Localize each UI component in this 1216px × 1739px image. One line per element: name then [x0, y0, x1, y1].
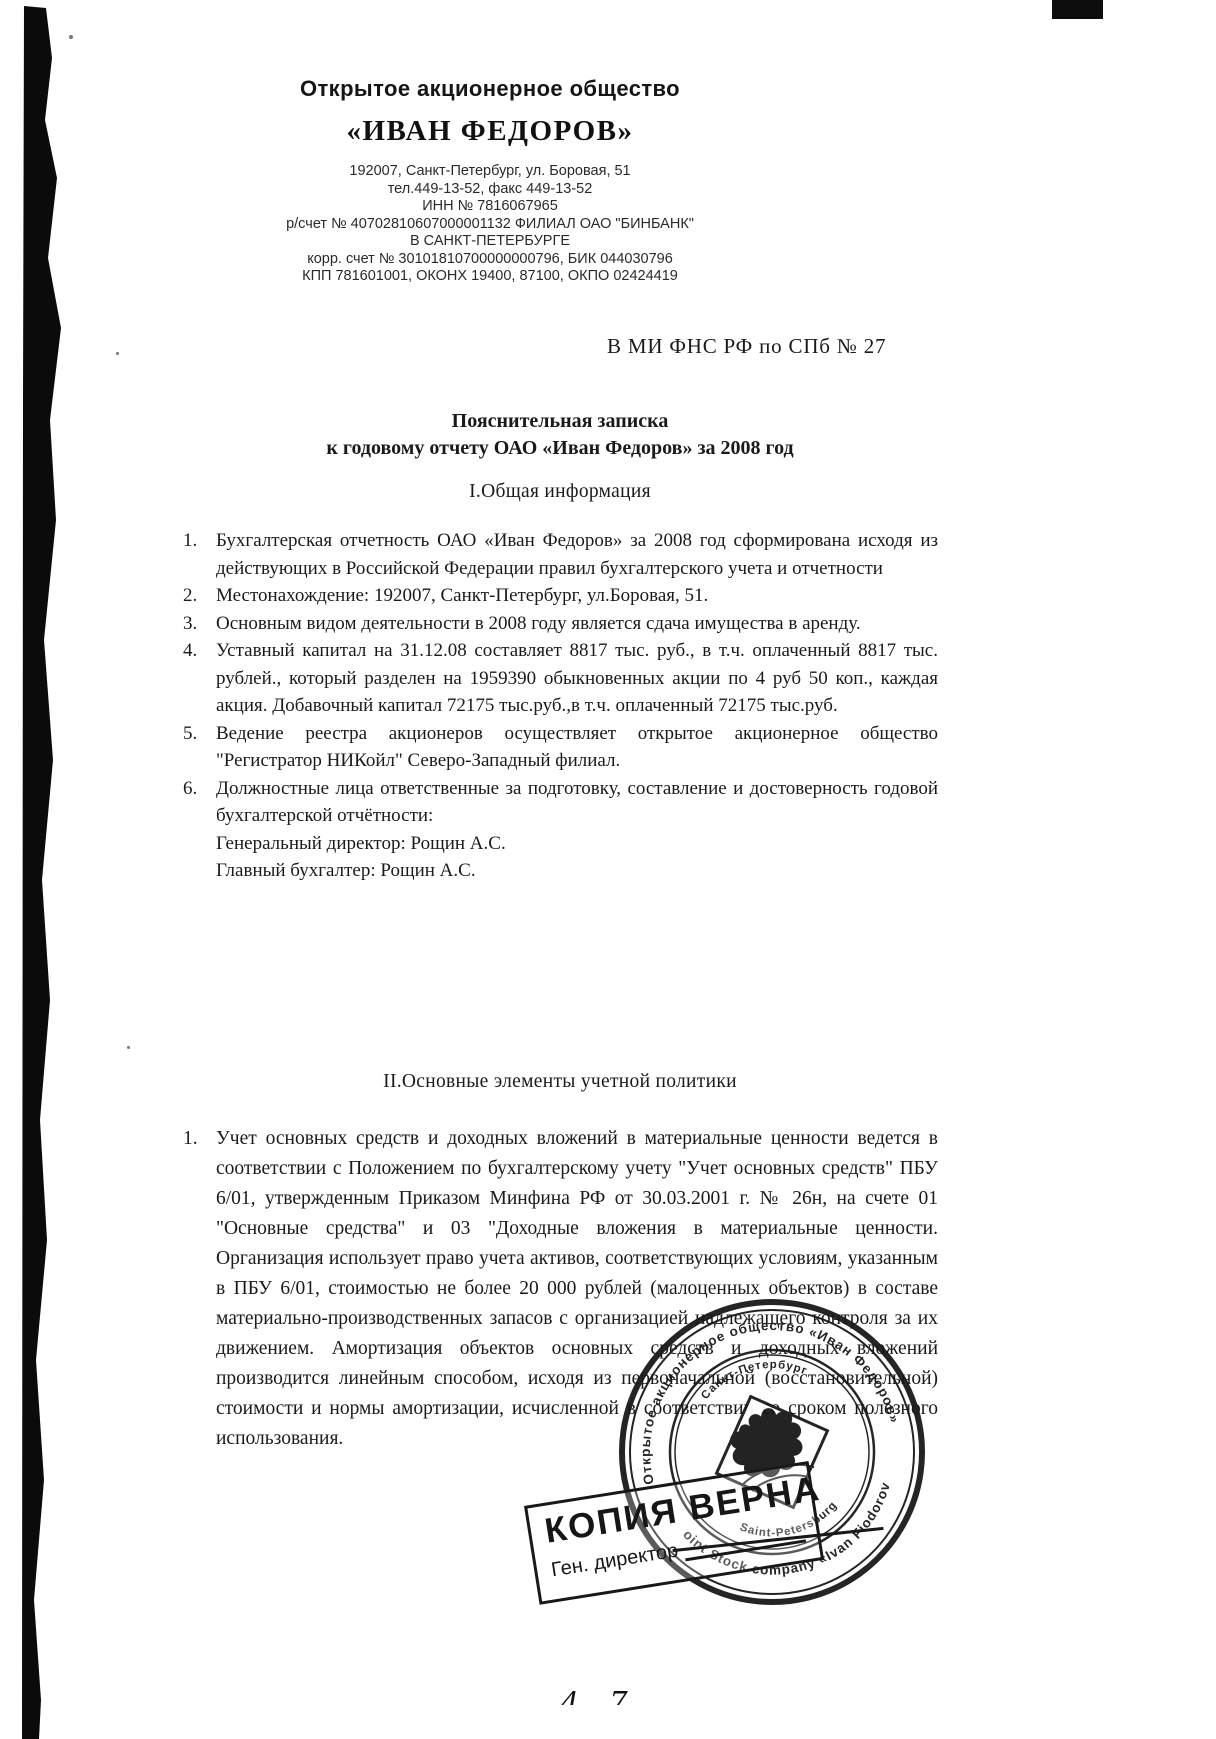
list-item-number: 5. — [183, 720, 216, 748]
page-number: 4 7 — [560, 1684, 639, 1705]
list-item: 5. Ведение реестра акционеров осуществля… — [183, 720, 938, 775]
address-line: корр. счет № 30101810700000000796, БИК 0… — [225, 251, 755, 269]
list-item-text: Основным видом деятельности в 2008 году … — [216, 610, 938, 638]
section1-list: 1. Бухгалтерская отчетность ОАО «Иван Фе… — [183, 527, 938, 885]
address-line: тел.449-13-52, факс 449-13-52 — [225, 181, 755, 199]
scan-artifact-corner — [1052, 0, 1103, 19]
list-item-text: Должностные лица ответственные за подгот… — [216, 775, 938, 885]
list-item-main-text: Должностные лица ответственные за подгот… — [216, 778, 938, 827]
document-title-line1: Пояснительная записка — [180, 408, 940, 435]
list-item-number: 6. — [183, 775, 216, 803]
address-line: р/счет № 40702810607000001132 ФИЛИАЛ ОАО… — [225, 216, 755, 234]
address-line: ИНН № 7816067965 — [225, 198, 755, 216]
section1-heading: I.Общая информация — [180, 481, 940, 503]
document-title-line2: к годовому отчету ОАО «Иван Федоров» за … — [180, 435, 940, 462]
scan-speck — [116, 352, 119, 355]
list-item: 4. Уставный капитал на 31.12.08 составля… — [183, 637, 938, 720]
org-name: «ИВАН ФЕДОРОВ» — [225, 115, 755, 148]
scan-artifact-left-bar — [0, 0, 90, 1739]
org-type: Открытое акционерное общество — [225, 76, 755, 102]
list-item-text: Местонахождение: 192007, Санкт-Петербург… — [216, 582, 938, 610]
list-item-text: Ведение реестра акционеров осуществляет … — [216, 720, 938, 775]
document-title: Пояснительная записка к годовому отчету … — [180, 408, 940, 462]
list-item-number: 2. — [183, 582, 216, 610]
letterhead-address: 192007, Санкт-Петербург, ул. Боровая, 51… — [225, 163, 755, 286]
section2-heading: II.Основные элементы учетной политики — [180, 1071, 940, 1093]
address-line: КПП 781601001, ОКОНХ 19400, 87100, ОКПО … — [225, 268, 755, 286]
address-line: 192007, Санкт-Петербург, ул. Боровая, 51 — [225, 163, 755, 181]
recipient-line: В МИ ФНС РФ по СПб № 27 — [607, 334, 886, 359]
list-item-number: 4. — [183, 637, 216, 665]
list-item-number: 1. — [183, 1124, 216, 1154]
list-item: 6. Должностные лица ответственные за под… — [183, 775, 938, 885]
scanned-document-page: Открытое акционерное общество «ИВАН ФЕДО… — [0, 0, 1216, 1739]
list-item-number: 1. — [183, 527, 216, 555]
list-item: 2. Местонахождение: 192007, Санкт-Петерб… — [183, 582, 938, 610]
letterhead: Открытое акционерное общество «ИВАН ФЕДО… — [225, 76, 755, 286]
list-item: 3. Основным видом деятельности в 2008 го… — [183, 610, 938, 638]
officer-line: Главный бухгалтер: Рощин А.С. — [216, 857, 938, 885]
officer-line: Генеральный директор: Рощин А.С. — [216, 830, 938, 858]
address-line: В САНКТ-ПЕТЕРБУРГЕ — [225, 233, 755, 251]
list-item-text: Уставный капитал на 31.12.08 составляет … — [216, 637, 938, 720]
list-item-number: 3. — [183, 610, 216, 638]
list-item: 1. Бухгалтерская отчетность ОАО «Иван Фе… — [183, 527, 938, 582]
scan-speck — [127, 1046, 130, 1049]
list-item-text: Бухгалтерская отчетность ОАО «Иван Федор… — [216, 527, 938, 582]
